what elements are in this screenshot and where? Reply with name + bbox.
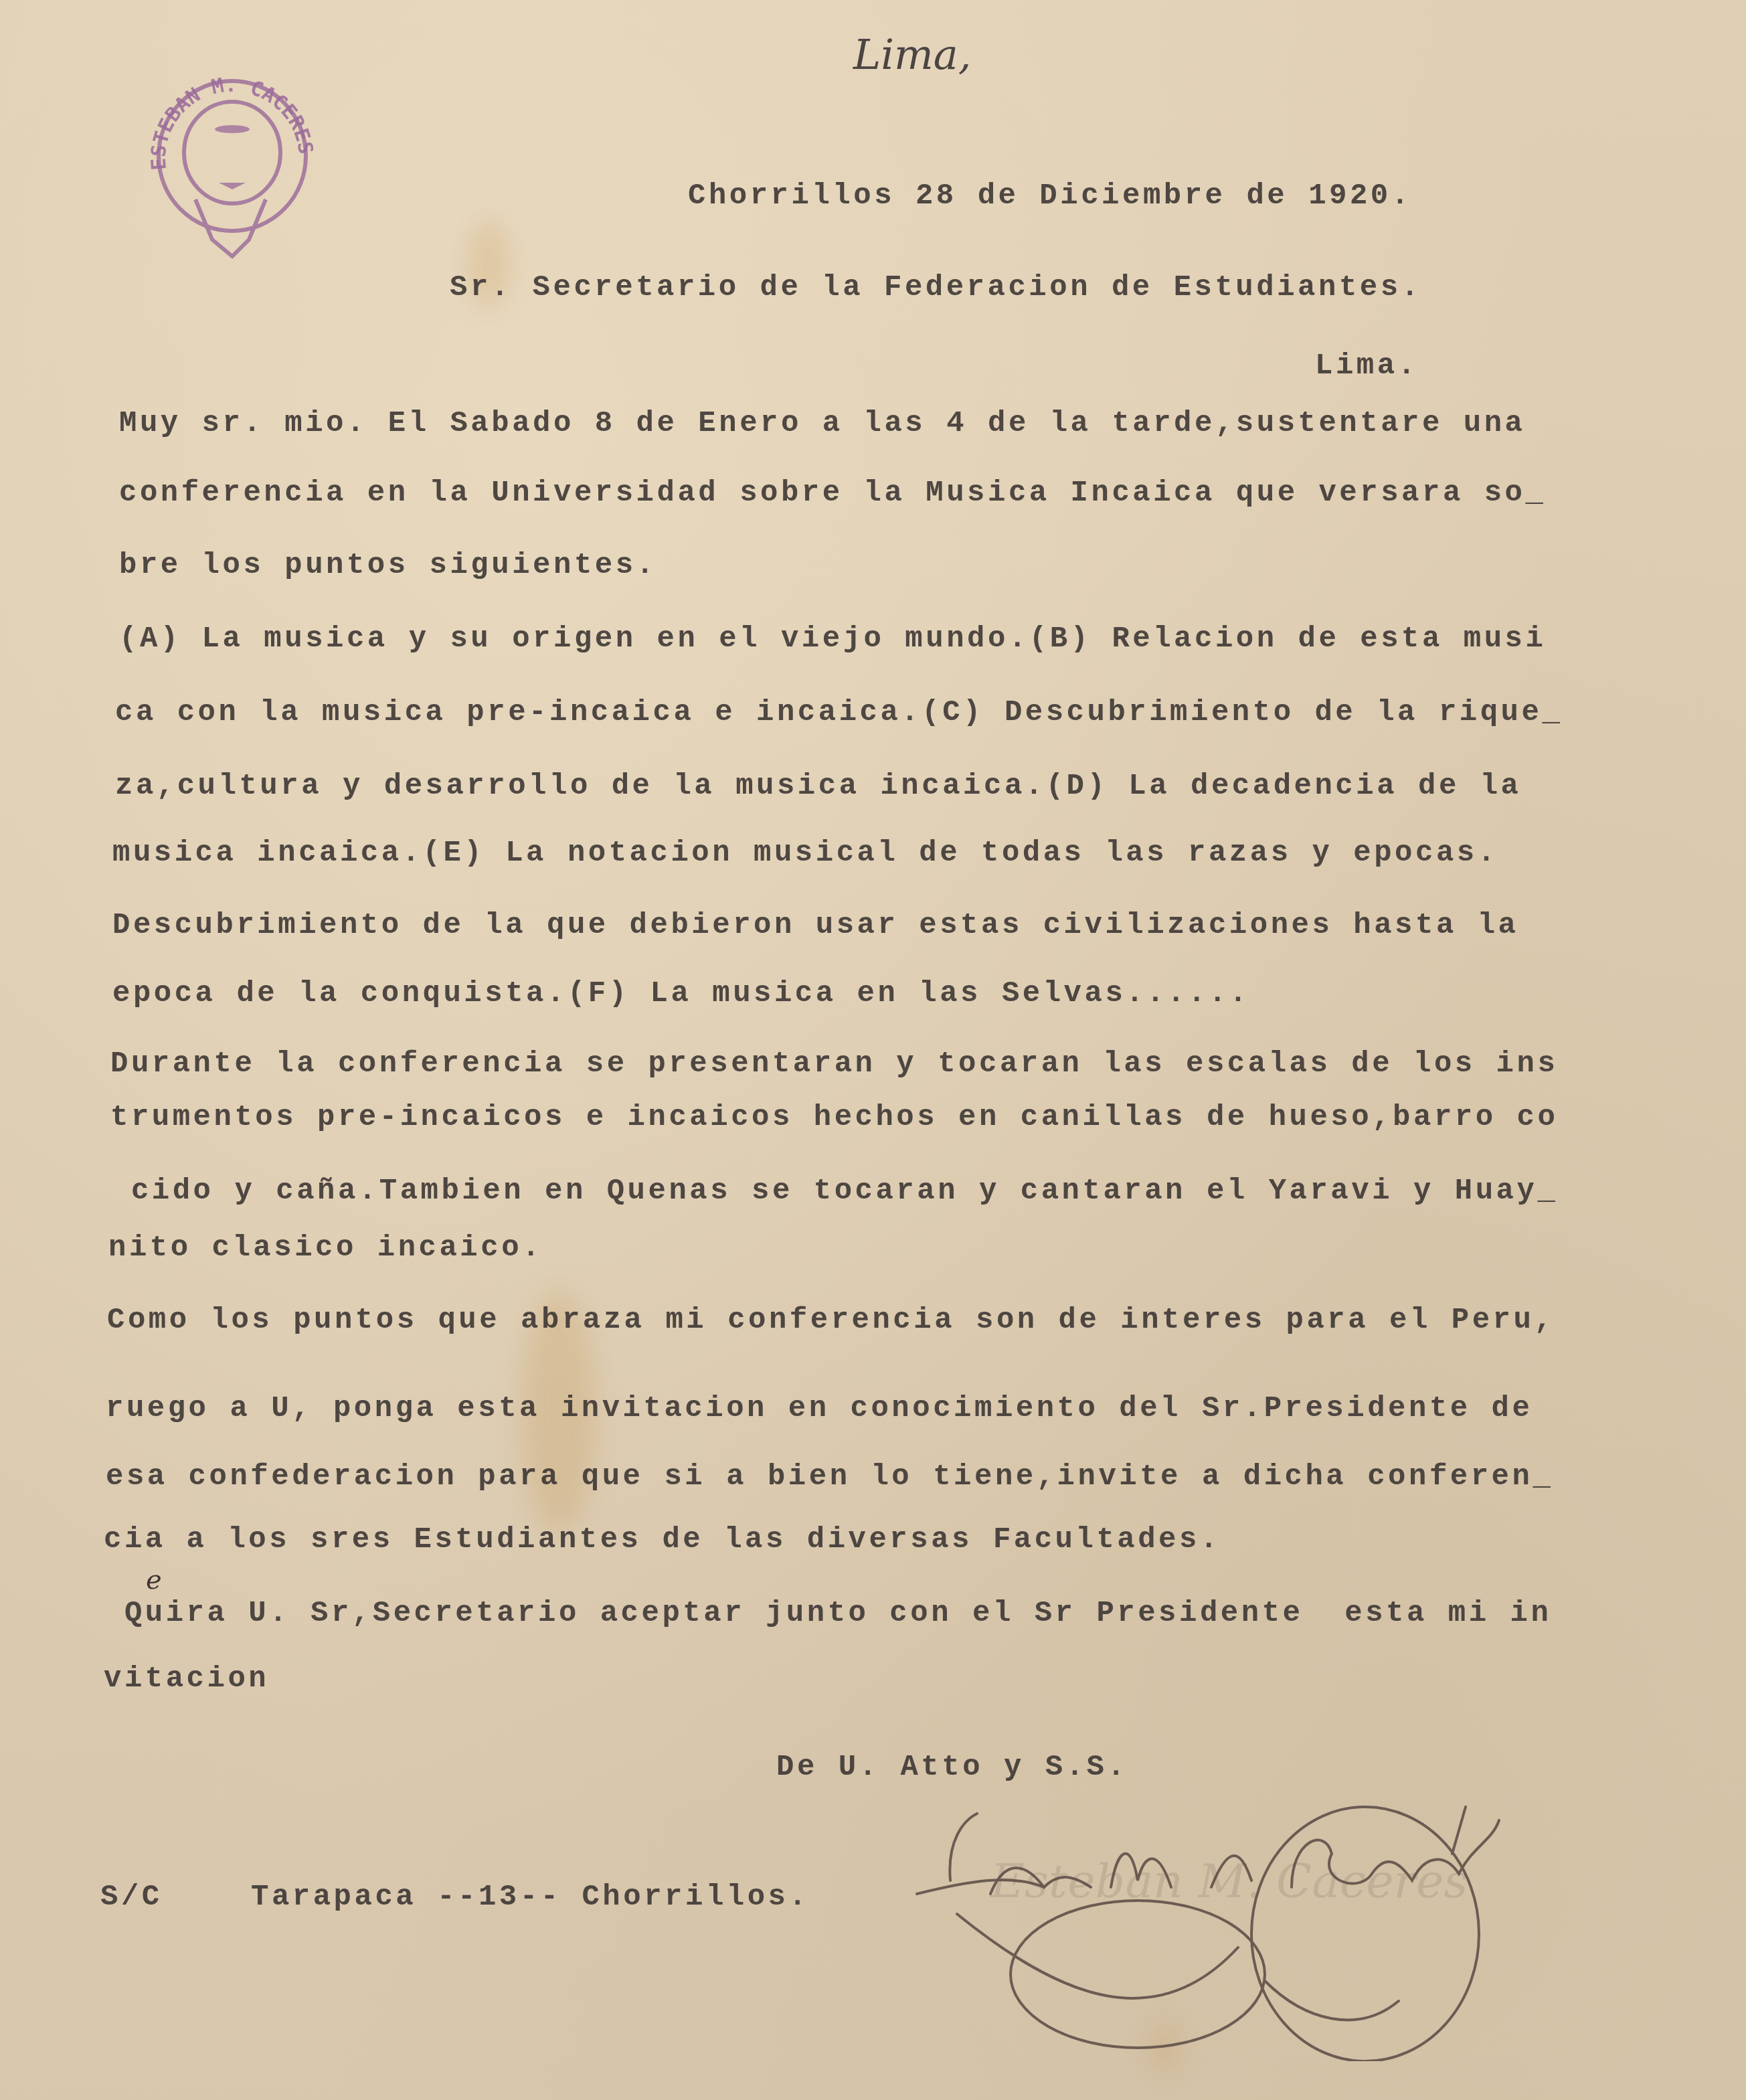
footer-reference: S/C: [100, 1880, 163, 1914]
body-line: Quira U. Sr,Secretario aceptar junto con…: [104, 1597, 1551, 1630]
recipient: Sr. Secretario de la Federacion de Estud…: [450, 271, 1422, 304]
body-line: cido y caña.Tambien en Quenas se tocaran…: [110, 1174, 1558, 1208]
body-line: esa confederacion para que si a bien lo …: [106, 1460, 1553, 1494]
body-line: (A) La musica y su origen en el viejo mu…: [119, 622, 1546, 656]
letter-page: Lima, ESTEBAN M. CACERES Chorrillos 28 d…: [0, 0, 1746, 2100]
letterhead-city: Lima,: [853, 30, 971, 79]
body-line: cia a los sres Estudiantes de las divers…: [104, 1523, 1221, 1557]
body-line: ruego a U, ponga esta invitacion en cono…: [106, 1392, 1533, 1425]
signature-icon: Esteban M. Caceres: [890, 1780, 1640, 2061]
body-line: Como los puntos que abraza mi conferenci…: [107, 1304, 1555, 1337]
body-line: musica incaica.(E) La notacion musical d…: [112, 837, 1498, 870]
closing: De U. Atto y S.S.: [776, 1751, 1128, 1784]
body-line: Durante la conferencia se presentaran y …: [110, 1047, 1558, 1081]
handwritten-correction: e: [146, 1565, 162, 1595]
body-line: Muy sr. mio. El Sabado 8 de Enero a las …: [119, 407, 1526, 440]
place-date: Chorrillos 28 de Diciembre de 1920.: [688, 179, 1412, 213]
owner-stamp-icon: ESTEBAN M. CACERES: [149, 72, 316, 260]
footer-address: Tarapaca --13-- Chorrillos.: [251, 1880, 809, 1914]
body-line: Descubrimiento de la que debieron usar e…: [112, 909, 1519, 942]
body-line: ca con la musica pre-incaica e incaica.(…: [115, 696, 1563, 729]
body-line: nito clasico incaico.: [108, 1231, 543, 1265]
body-line: za,cultura y desarrollo de la musica inc…: [115, 770, 1522, 803]
body-line: epoca de la conquista.(F) La musica en l…: [112, 977, 1250, 1011]
svg-text:Esteban M. Caceres: Esteban M. Caceres: [989, 1854, 1468, 1909]
body-line: trumentos pre-incaicos e incaicos hechos…: [110, 1101, 1558, 1134]
svg-text:ESTEBAN M. CACERES: ESTEBAN M. CACERES: [149, 74, 316, 171]
body-line: bre los puntos siguientes.: [119, 549, 657, 582]
body-line: vitacion: [104, 1662, 269, 1696]
body-line: conferencia en la Universidad sobre la M…: [119, 476, 1546, 510]
recipient-city: Lima.: [1315, 349, 1419, 383]
